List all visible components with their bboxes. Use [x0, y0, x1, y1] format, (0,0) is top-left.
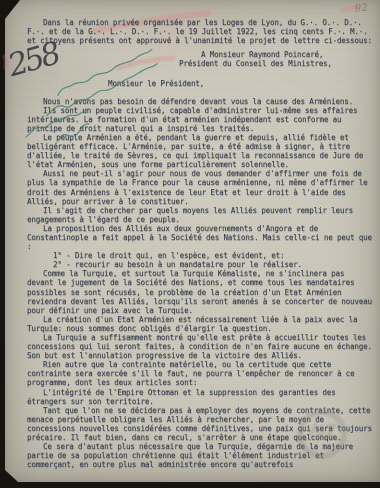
numbered-item-1: 1° - Dire le droit qui, en l'espèce, est…: [27, 251, 373, 260]
paragraph: Il s'agit de chercher par quels moyens l…: [27, 206, 373, 224]
archive-watermark: [294, 406, 350, 462]
scanned-letter-page: { "page": { "page_number": "92", "margin…: [0, 0, 380, 488]
paragraph: L'intégrité de l'Empire Ottoman et la su…: [27, 388, 373, 406]
paragraph: Aussi ne peut-il s'agir pour nous de vou…: [27, 169, 373, 205]
numbered-item-2: 2° - recourir au besoin à un mandataire …: [27, 260, 373, 269]
paragraph: La création d'un Etat Arménien est néces…: [27, 315, 373, 333]
paragraph: La Turquie a suffisamment montré qu'elle…: [27, 333, 373, 360]
paragraph: Rien autre que la contrainte matérielle,…: [27, 360, 373, 387]
paragraph: La proposition des Alliés aux deux gouve…: [27, 224, 373, 251]
page-number-annotation: 92: [355, 2, 369, 14]
paragraph: Comme la Turquie, et surtout la Turquie …: [27, 269, 373, 314]
